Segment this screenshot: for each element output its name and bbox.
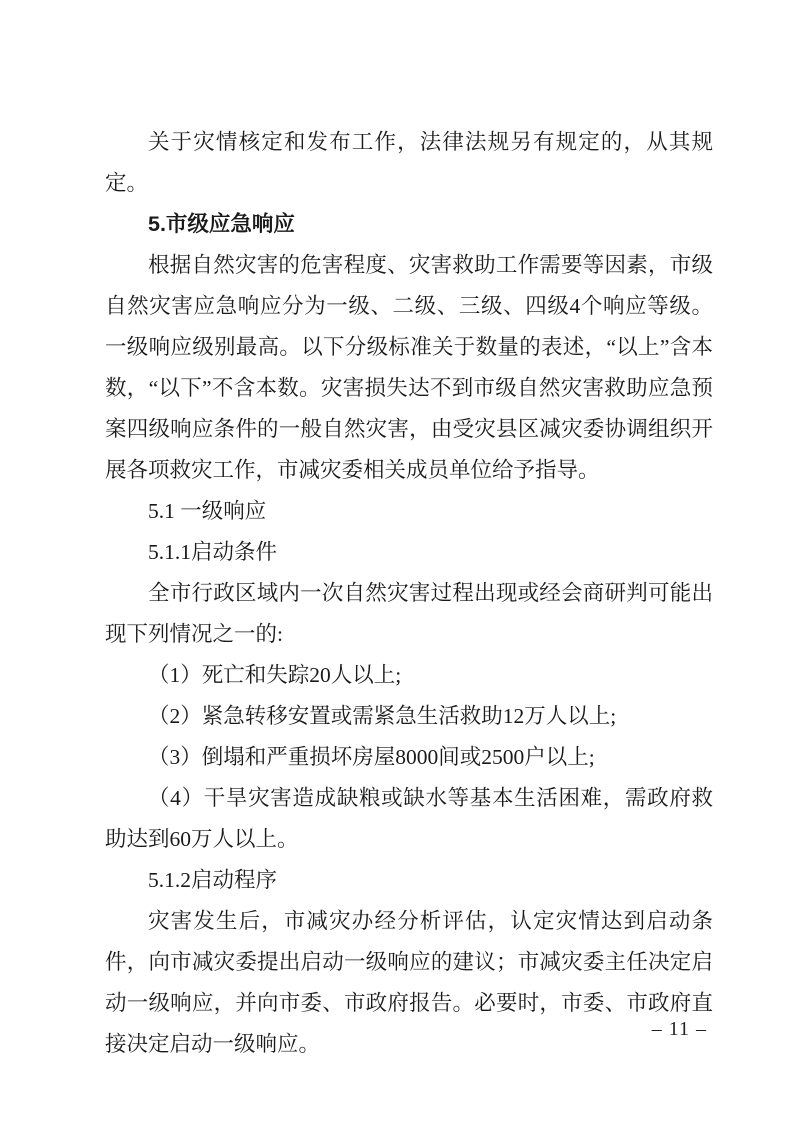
subsection-heading-level1-response: 5.1 一级响应: [105, 491, 713, 532]
list-item-condition-3: （3）倒塌和严重损坏房屋8000间或2500户以上;: [105, 737, 713, 778]
subsection-heading-start-procedure: 5.1.2启动程序: [105, 860, 713, 901]
paragraph-response-levels: 根据自然灾害的危害程度、灾害救助工作需要等因素，市级自然灾害应急响应分为一级、二…: [105, 245, 713, 491]
section-heading-municipal-response: 5.市级应急响应: [105, 204, 713, 245]
list-item-condition-1: （1）死亡和失踪20人以上;: [105, 655, 713, 696]
document-content: 关于灾情核定和发布工作，法律法规另有规定的，从其规定。 5.市级应急响应 根据自…: [105, 122, 713, 1065]
document-page: 关于灾情核定和发布工作，法律法规另有规定的，从其规定。 5.市级应急响应 根据自…: [0, 0, 793, 1122]
page-number: – 11 –: [652, 1016, 707, 1042]
paragraph-condition-intro: 全市行政区域内一次自然灾害过程出现或经会商研判可能出现下列情况之一的:: [105, 573, 713, 655]
paragraph-regulation-note: 关于灾情核定和发布工作，法律法规另有规定的，从其规定。: [105, 122, 713, 204]
paragraph-start-procedure: 灾害发生后，市减灾办经分析评估，认定灾情达到启动条件，向市减灾委提出启动一级响应…: [105, 901, 713, 1065]
subsection-heading-start-conditions: 5.1.1启动条件: [105, 532, 713, 573]
list-item-condition-2: （2）紧急转移安置或需紧急生活救助12万人以上;: [105, 696, 713, 737]
list-item-condition-4: （4）干旱灾害造成缺粮或缺水等基本生活困难，需政府救助达到60万人以上。: [105, 778, 713, 860]
